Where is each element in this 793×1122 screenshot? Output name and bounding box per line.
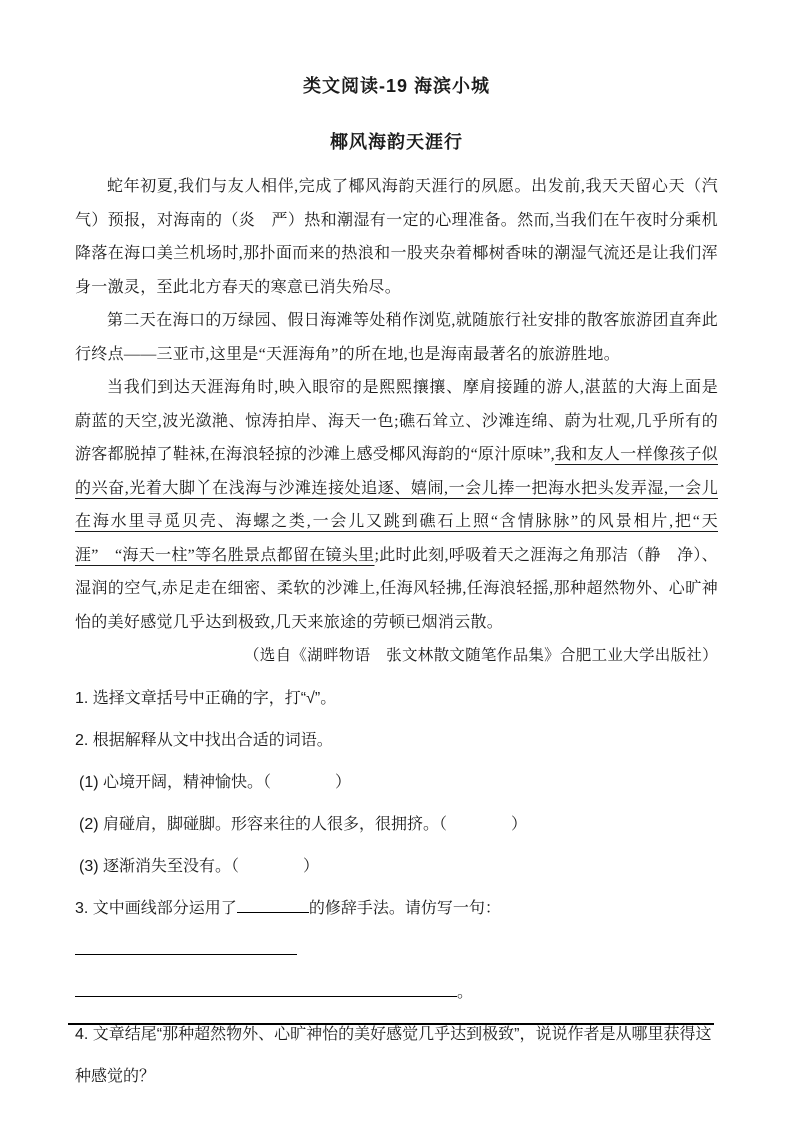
question-subitem: (2) 肩碰肩，脚碰脚。形容来往的人很多，很拥挤。（ ）: [75, 804, 718, 846]
passage: 蛇年初夏,我们与友人相伴,完成了椰风海韵天涯行的夙愿。出发前,我天天留心天（汽 …: [75, 170, 718, 639]
question-item: 4. 文章结尾“那种超然物外、心旷神怡的美好感觉几乎达到极致”，说说作者是从哪里…: [75, 1014, 718, 1098]
question-text: 的修辞手法。请仿写一句：: [309, 900, 501, 917]
questions-list: 1. 选择文章括号中正确的字，打“√”。2. 根据解释从文中找出合适的词语。(1…: [75, 678, 718, 1098]
answer-blank[interactable]: [75, 979, 457, 997]
question-number: 4.: [75, 1026, 93, 1043]
passage-segment: 第二天在海口的万绿园、假日海滩等处稍作浏览,就随旅行社安排的散客旅游团直奔此行终…: [75, 312, 718, 363]
question-subitem: (3) 逐渐消失至没有。（ ）: [75, 846, 718, 888]
passage-segment: 蛇年初夏,我们与友人相伴,完成了椰风海韵天涯行的夙愿。出发前,我天天留心天（汽 …: [75, 178, 734, 296]
question-text: 选择文章括号中正确的字，打“√”。: [93, 690, 336, 707]
passage-paragraph: 当我们到达天涯海角时,映入眼帘的是熙熙攘攘、摩肩接踵的游人,湛蓝的大海上面是蔚蓝…: [75, 371, 718, 639]
passage-paragraph: 蛇年初夏,我们与友人相伴,完成了椰风海韵天涯行的夙愿。出发前,我天天留心天（汽 …: [75, 170, 718, 304]
question-number: 2.: [75, 732, 93, 749]
question-subitem: (1) 心境开阔，精神愉快。（ ）: [75, 762, 718, 804]
question-text: 。: [457, 984, 473, 1001]
page-title: 类文阅读-19 海滨小城: [75, 72, 718, 98]
attribution: （选自《湖畔物语 张文林散文随笔作品集》合肥工业大学出版社）: [75, 639, 718, 673]
question-item: 2. 根据解释从文中找出合适的词语。: [75, 720, 718, 762]
answer-blank[interactable]: [75, 937, 297, 955]
question-item: 3. 文中画线部分运用了的修辞手法。请仿写一句：。: [75, 888, 718, 1014]
worksheet-page: 类文阅读-19 海滨小城 椰风海韵天涯行 蛇年初夏,我们与友人相伴,完成了椰风海…: [75, 72, 718, 1098]
answer-blank[interactable]: [237, 895, 309, 913]
question-text: 文章结尾“那种超然物外、心旷神怡的美好感觉几乎达到极致”，说说作者是从哪里获得这…: [75, 1026, 711, 1085]
answer-line[interactable]: [68, 1023, 714, 1025]
passage-title: 椰风海韵天涯行: [75, 128, 718, 154]
question-text: 根据解释从文中找出合适的词语。: [93, 732, 333, 749]
passage-paragraph: 第二天在海口的万绿园、假日海滩等处稍作浏览,就随旅行社安排的散客旅游团直奔此行终…: [75, 304, 718, 371]
question-item: 1. 选择文章括号中正确的字，打“√”。: [75, 678, 718, 720]
question-number: 1.: [75, 690, 93, 707]
question-number: 3.: [75, 900, 93, 917]
question-text: 文中画线部分运用了: [93, 900, 237, 917]
